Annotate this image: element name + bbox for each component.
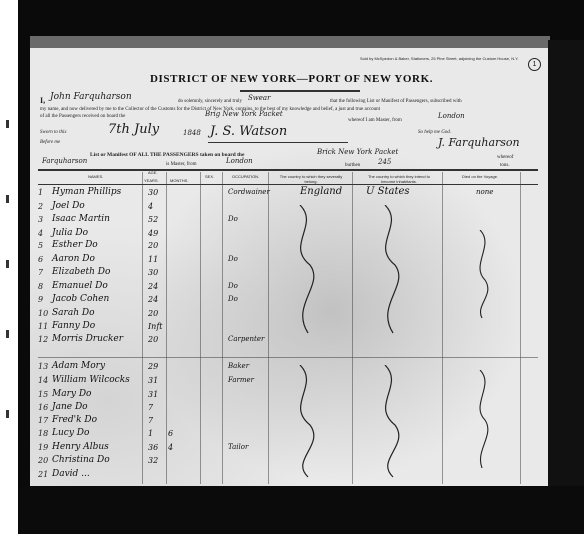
passenger-row: 7Elizabeth Do30: [38, 268, 538, 281]
col-age: Age.: [148, 170, 158, 175]
passenger-name: Julia Do: [52, 228, 88, 238]
passenger-name: Elizabeth Do: [52, 267, 110, 277]
passenger-row: 13Adam Mory29Baker: [38, 362, 538, 375]
passenger-name: Christina Do: [52, 455, 110, 465]
burthen-handwritten: 245: [378, 158, 391, 166]
passenger-occupation: Farmer: [228, 376, 254, 384]
passenger-name: Lucy Do: [52, 428, 89, 438]
passenger-num: 5: [38, 241, 43, 250]
sworn-handwritten: Swear: [248, 94, 270, 102]
passenger-occupation: Cordwainer: [228, 188, 270, 196]
passenger-age: 20: [148, 335, 158, 344]
list-vessel-handwritten: Brick New York Packet: [317, 148, 398, 156]
signature-rule: [208, 142, 348, 143]
passenger-name: William Wilcocks: [52, 375, 130, 385]
passenger-name: Mary Do: [52, 389, 91, 399]
margin-mark: [6, 410, 9, 418]
from-handwritten: London: [438, 112, 465, 120]
passenger-num: 16: [38, 403, 48, 412]
passenger-name: David ...: [52, 469, 90, 479]
margin-mark: [6, 195, 9, 203]
passenger-num: 14: [38, 376, 48, 385]
oath-line1-b: that the following List or Manifest of P…: [330, 99, 462, 104]
passenger-country: England: [300, 186, 342, 197]
before-label: Before me: [40, 140, 60, 145]
passenger-row: 19Henry Albus364Tailor: [38, 443, 538, 456]
passenger-occupation: Do: [228, 295, 238, 303]
passenger-num: 6: [38, 255, 43, 264]
passenger-age: 30: [148, 268, 158, 277]
passenger-age: 29: [148, 362, 158, 371]
ditto-mark-intended: [375, 205, 415, 335]
passenger-num: 3: [38, 215, 43, 224]
tons-label: tons.: [500, 163, 510, 168]
list-from-handwritten: London: [226, 157, 253, 165]
passenger-row: 12Morris Drucker20Carpenter: [38, 335, 538, 348]
passenger-name: Hyman Phillips: [52, 187, 121, 197]
passenger-name: Jane Do: [52, 402, 88, 412]
passenger-row: 15Mary Do31: [38, 390, 538, 403]
scan-right-edge: [548, 40, 584, 490]
margin-mark: [6, 260, 9, 268]
passenger-name: Fred'k Do: [52, 415, 97, 425]
col-names: Names.: [88, 174, 103, 179]
oath-line1-a: do solemnly, sincerely and truly: [178, 99, 242, 104]
margin-mark: [6, 120, 9, 128]
passenger-row: 14William Wilcocks31Farmer: [38, 376, 538, 389]
passenger-num: 20: [38, 456, 48, 465]
passenger-num: 21: [38, 470, 48, 479]
sworn-date-handwritten: 7th July: [108, 122, 159, 137]
passenger-age: 52: [148, 215, 158, 224]
col-months: Months.: [170, 178, 188, 183]
passenger-row: 2Joel Do4: [38, 202, 538, 215]
passenger-name: Aaron Do: [52, 254, 95, 264]
passenger-months: 4: [168, 443, 173, 452]
col-country-intend: The country to which they intend to beco…: [364, 174, 434, 184]
scan-bottom-edge: [18, 486, 584, 534]
passenger-num: 11: [38, 322, 48, 331]
year: 1848: [183, 129, 201, 137]
passenger-row: 3Isaac Martin52Do: [38, 215, 538, 228]
ditto-mark-country: [290, 205, 330, 335]
passenger-name: Morris Drucker: [52, 334, 123, 344]
passenger-age: 30: [148, 188, 158, 197]
passenger-row: 20Christina Do32: [38, 456, 538, 469]
col-country-belong: The country to which they severally belo…: [276, 174, 346, 184]
header-bottom-rule: [38, 184, 538, 185]
so-help-me-god: So help me God.: [418, 130, 451, 135]
is-master-label: is Master, from: [166, 162, 197, 167]
passenger-age: 7: [148, 403, 153, 412]
margin-mark: [6, 330, 9, 338]
passenger-name: Jacob Cohen: [52, 294, 109, 304]
passenger-name: Sarah Do: [52, 308, 95, 318]
passenger-occupation: Do: [228, 215, 238, 223]
passenger-occupation: Carpenter: [228, 335, 264, 343]
passenger-row: 21David ...: [38, 470, 538, 483]
passenger-row: 10Sarah Do20: [38, 309, 538, 322]
passenger-age: 24: [148, 282, 158, 291]
passenger-row: 16Jane Do7: [38, 403, 538, 416]
col-died: Died on the Voyage.: [462, 174, 498, 179]
passenger-age: Inft: [148, 322, 163, 331]
passenger-num: 9: [38, 295, 43, 304]
passenger-months: 6: [168, 429, 173, 438]
list-master-handwritten: Farquharson: [42, 157, 87, 165]
passenger-age: 31: [148, 376, 158, 385]
ditto-mark-intended-2: [375, 365, 415, 480]
sworn-label: Sworn to this: [40, 130, 66, 135]
passenger-num: 8: [38, 282, 43, 291]
passenger-age: 20: [148, 309, 158, 318]
ditto-mark-died-2: [470, 370, 500, 470]
passenger-row: 6Aaron Do11Do: [38, 255, 538, 268]
col-occupation: Occupation.: [232, 174, 259, 179]
passenger-num: 4: [38, 229, 43, 238]
list-line-prefix: List or Manifest OF ALL THE PASSENGERS t…: [90, 152, 244, 158]
passenger-occupation: Do: [228, 255, 238, 263]
whereof-label: whereof: [497, 155, 513, 160]
passenger-name: Fanny Do: [52, 321, 95, 331]
passenger-row: 5Esther Do20: [38, 241, 538, 254]
passenger-num: 7: [38, 268, 43, 277]
passenger-occupation: Tailor: [228, 443, 248, 451]
passenger-name: Isaac Martin: [52, 214, 110, 224]
page-number: 1: [528, 58, 541, 71]
passenger-num: 1: [38, 188, 43, 197]
document-title: DISTRICT OF NEW YORK—PORT OF NEW YORK.: [150, 73, 433, 85]
vessel-handwritten: Brig New York Packet: [205, 110, 283, 118]
passenger-age: 4: [148, 202, 153, 211]
passenger-row: 9Jacob Cohen24Do: [38, 295, 538, 308]
passenger-age: 24: [148, 295, 158, 304]
passenger-died: none: [476, 188, 493, 196]
passenger-num: 12: [38, 335, 48, 344]
passenger-age: 11: [148, 255, 158, 264]
passenger-age: 31: [148, 390, 158, 399]
passenger-name: Emanuel Do: [52, 281, 108, 291]
ditto-mark-died: [470, 230, 500, 320]
passenger-num: 19: [38, 443, 48, 452]
passenger-intended: U States: [366, 186, 410, 197]
passenger-num: 13: [38, 362, 48, 371]
ditto-mark-country-2: [290, 365, 330, 480]
passenger-row: 1Hyman Phillips30CordwainerEnglandU Stat…: [38, 188, 538, 201]
passenger-age: 49: [148, 229, 158, 238]
passenger-name: Esther Do: [52, 240, 98, 250]
passenger-row: 8Emanuel Do24Do: [38, 282, 538, 295]
printer-note: Sold by McSpedon & Baker, Stationers, 25…: [360, 56, 518, 61]
passenger-name: Joel Do: [52, 201, 85, 211]
passenger-num: 18: [38, 429, 48, 438]
passenger-row: 18Lucy Do16: [38, 429, 538, 442]
officer-signature: J. S. Watson: [210, 124, 287, 139]
passenger-age: 1: [148, 429, 153, 438]
oath-prefix: I,: [40, 96, 45, 105]
passenger-name: Adam Mory: [52, 361, 105, 371]
passenger-row: 17Fred'k Do7: [38, 416, 538, 429]
passenger-occupation: Baker: [228, 362, 249, 370]
scan-margin: [0, 0, 18, 534]
col-sex: Sex.: [205, 174, 214, 179]
title-rule: [240, 90, 360, 92]
header-top-rule: [38, 169, 538, 171]
col-years: Years.: [144, 178, 159, 183]
oath-line3-b: whereof I am Master, from: [348, 118, 402, 123]
passenger-age: 7: [148, 416, 153, 425]
passenger-age: 36: [148, 443, 158, 452]
passenger-num: 17: [38, 416, 48, 425]
passenger-num: 10: [38, 309, 48, 318]
passenger-num: 15: [38, 390, 48, 399]
master-signature: J. Farquharson: [438, 136, 520, 149]
passenger-name: Henry Albus: [52, 442, 109, 452]
passenger-occupation: Do: [228, 282, 238, 290]
passenger-age: 20: [148, 241, 158, 250]
passenger-num: 2: [38, 202, 43, 211]
burthen-label: burthen: [345, 163, 360, 168]
master-name-handwritten: John Farquharson: [50, 92, 132, 102]
passenger-age: 32: [148, 456, 158, 465]
group-divider: [38, 357, 538, 358]
oath-line3-a: of all the Passengers received on board …: [40, 114, 125, 119]
